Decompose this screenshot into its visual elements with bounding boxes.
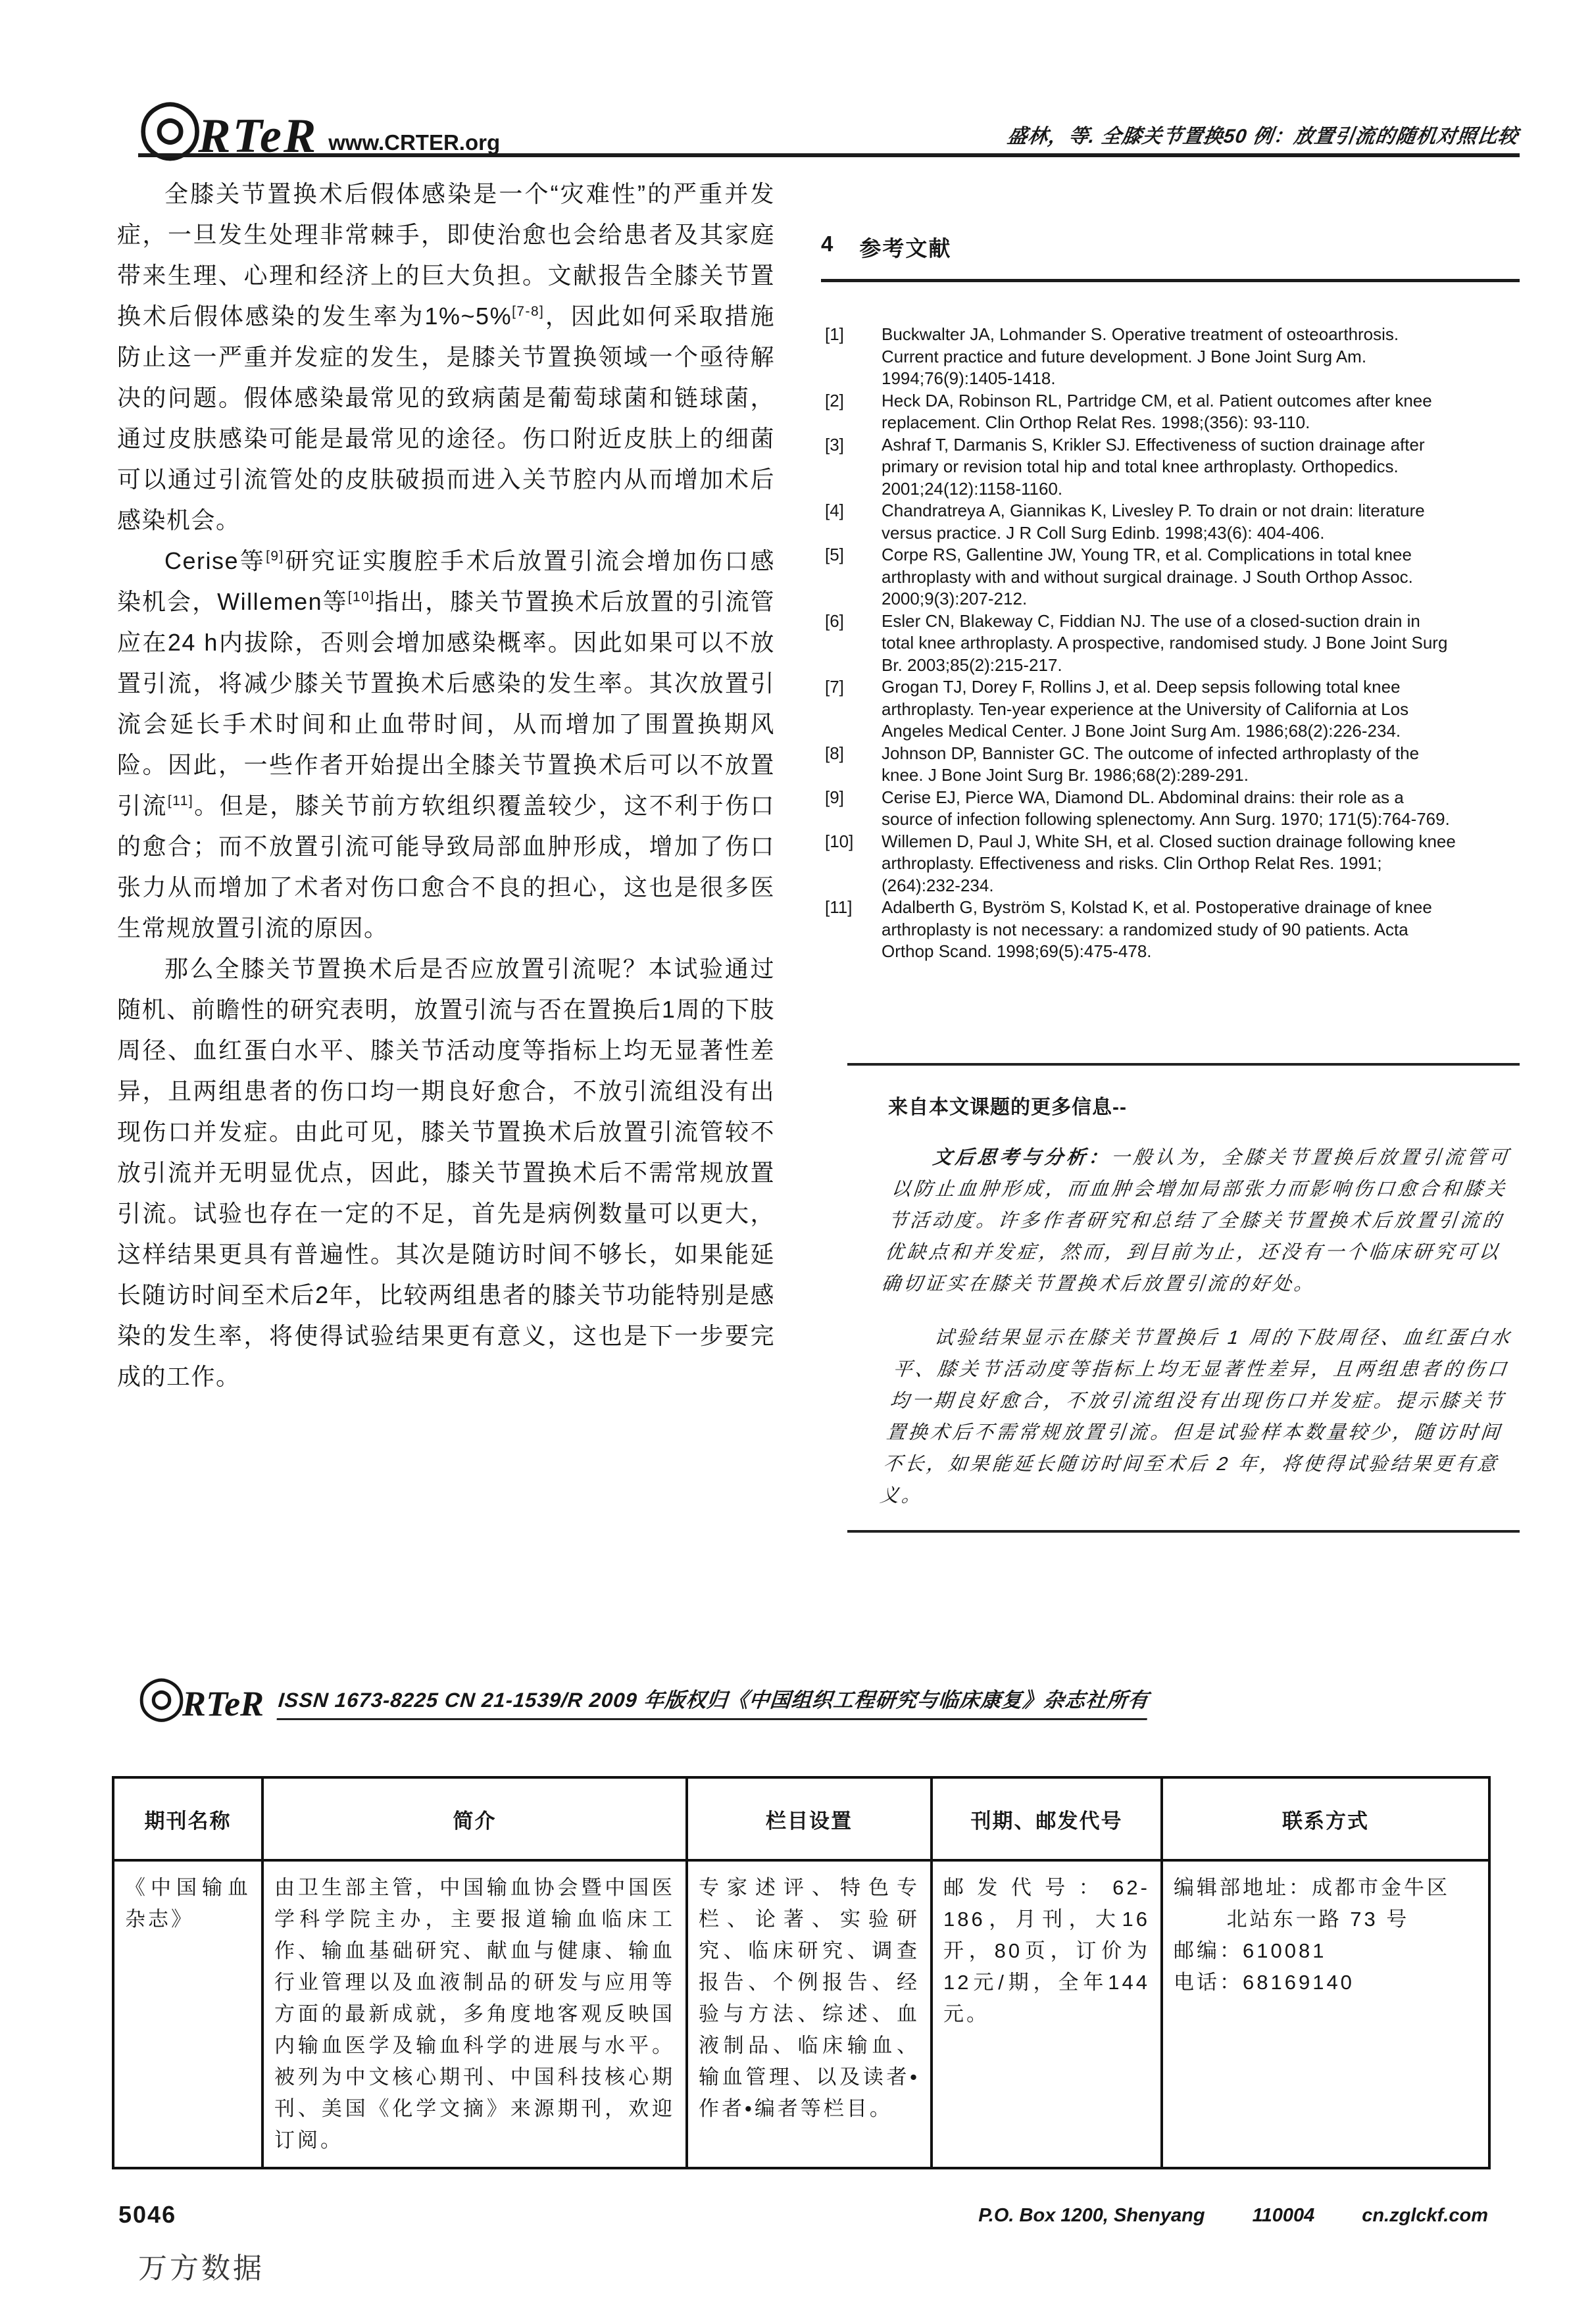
reference-text: Chandratreya A, Giannikas K, Livesley P.… <box>882 500 1520 544</box>
col-header-columns: 栏目设置 <box>687 1777 932 1860</box>
reference-list: [1]Buckwalter JA, Lohmander S. Operative… <box>825 324 1520 963</box>
reference-text: Adalberth G, Byström S, Kolstad K, et al… <box>882 897 1520 963</box>
reference-text: Johnson DP, Bannister GC. The outcome of… <box>882 743 1520 787</box>
reference-item: [4]Chandratreya A, Giannikas K, Livesley… <box>825 500 1520 544</box>
citation-superscript: [10] <box>348 589 375 605</box>
reference-text: Ashraf T, Darmanis S, Krikler SJ. Effect… <box>882 434 1520 501</box>
text-run: 一般认为，全膝关节置换后放置引流管可以防止血肿形成，而血肿会增加局部张力而影响伤… <box>880 1147 1512 1295</box>
reference-number: [9] <box>825 787 882 831</box>
reference-number: [10] <box>825 831 882 897</box>
text-run: ，因此如何采取措施防止这一严重并发症的发生，是膝关节置换领域一个亟待解决的问题。… <box>117 303 775 533</box>
reference-item: [7]Grogan TJ, Dorey F, Rollins J, et al.… <box>825 676 1520 743</box>
footer-banner: ◎ RTeR ISSN 1673-8225 CN 21-1539/R 2009 … <box>137 1671 1149 1721</box>
col-header-schedule: 刊期、邮发代号 <box>932 1777 1162 1860</box>
crter-footer-logo-text: RTeR <box>182 1686 264 1721</box>
text-run: 指出，膝关节置换术后放置的引流管应在24 h内拔除，否则会增加感染概率。因此如果… <box>117 588 775 819</box>
reference-number: [1] <box>825 324 882 390</box>
references-divider <box>821 279 1520 282</box>
contact-line: 北站东一路 73 号 <box>1174 1904 1478 1935</box>
col-header-contact: 联系方式 <box>1162 1777 1489 1860</box>
postal-code: 110004 <box>1253 2205 1315 2227</box>
text-run: Cerise等 <box>164 547 266 574</box>
left-column: 全膝关节置换术后假体感染是一个“灾难性”的严重并发症，一旦发生处理非常棘手，即使… <box>117 174 775 1397</box>
reference-item: [11]Adalberth G, Byström S, Kolstad K, e… <box>825 897 1520 963</box>
reference-item: [2]Heck DA, Robinson RL, Partridge CM, e… <box>825 390 1520 434</box>
info-box-paragraph: 试验结果显示在膝关节置换后 1 周的下肢周径、血红蛋白水平、膝关节活动度等指标上… <box>878 1322 1514 1512</box>
article-paragraph: 那么全膝关节置换术后是否应放置引流呢？本试验通过随机、前瞻性的研究表明，放置引流… <box>117 949 775 1397</box>
site-url-link[interactable]: www.CRTER.org <box>328 130 500 155</box>
publisher-footer: P.O. Box 1200, Shenyang 110004 cn.zglckf… <box>978 2205 1488 2227</box>
crter-footer-logo-icon: ◎ <box>137 1671 186 1721</box>
journal-schedule-cell: 邮发代号：62-186，月刊，大16开，80页，订价为12元/期，全年144元。 <box>932 1860 1162 2168</box>
wanfang-watermark: 万方数据 <box>138 2244 264 2287</box>
table-row: 《中国输血杂志》 由卫生部主管，中国输血协会暨中国医学科学院主办，主要报道输血临… <box>113 1860 1489 2168</box>
journal-columns-cell: 专家述评、特色专栏、论著、实验研究、临床研究、调查报告、个例报告、经验与方法、综… <box>687 1860 932 2168</box>
info-box: 来自本文课题的更多信息-- 文后思考与分析：一般认为，全膝关节置换后放置引流管可… <box>847 1063 1520 1533</box>
info-box-paragraph: 文后思考与分析：一般认为，全膝关节置换后放置引流管可以防止血肿形成，而血肿会增加… <box>880 1142 1512 1300</box>
section-number: 4 <box>821 232 834 262</box>
info-box-title: 来自本文课题的更多信息-- <box>888 1091 1504 1120</box>
reference-number: [3] <box>825 434 882 501</box>
journal-name-cell: 《中国输血杂志》 <box>113 1860 262 2168</box>
page: ◎ RTeR www.CRTER.org 盛林，等. 全膝关节置换50 例：放置… <box>0 0 1592 2324</box>
col-header-journal-name: 期刊名称 <box>113 1777 262 1860</box>
table-header-row: 期刊名称 简介 栏目设置 刊期、邮发代号 联系方式 <box>113 1777 1489 1860</box>
reference-number: [11] <box>825 897 882 963</box>
copyright-line: ISSN 1673-8225 CN 21-1539/R 2009 年版权归《中国… <box>277 1683 1151 1720</box>
journal-info-table: 期刊名称 简介 栏目设置 刊期、邮发代号 联系方式 《中国输血杂志》 由卫生部主… <box>112 1776 1491 2169</box>
reference-item: [1]Buckwalter JA, Lohmander S. Operative… <box>825 324 1520 390</box>
section-title: 参考文献 <box>859 232 951 262</box>
reference-item: [8]Johnson DP, Bannister GC. The outcome… <box>825 743 1520 787</box>
reference-number: [6] <box>825 610 882 677</box>
reference-number: [5] <box>825 544 882 610</box>
info-box-body: 文后思考与分析：一般认为，全膝关节置换后放置引流管可以防止血肿形成，而血肿会增加… <box>888 1142 1504 1512</box>
contact-cell: 编辑部地址：成都市金牛区北站东一路 73 号邮编：610081电话：681691… <box>1162 1860 1489 2168</box>
header-divider <box>138 153 1520 157</box>
text-run: 那么全膝关节置换术后是否应放置引流呢？本试验通过随机、前瞻性的研究表明，放置引流… <box>117 955 775 1390</box>
reference-number: [2] <box>825 390 882 434</box>
reference-text: Willemen D, Paul J, White SH, et al. Clo… <box>882 831 1520 897</box>
website-link[interactable]: cn.zglckf.com <box>1362 2205 1488 2227</box>
reference-text: Esler CN, Blakeway C, Fiddian NJ. The us… <box>882 610 1520 677</box>
reference-item: [6]Esler CN, Blakeway C, Fiddian NJ. The… <box>825 610 1520 677</box>
reference-item: [3]Ashraf T, Darmanis S, Krikler SJ. Eff… <box>825 434 1520 501</box>
citation-superscript: [9] <box>266 549 284 564</box>
reference-number: [7] <box>825 676 882 743</box>
text-run: 文后思考与分析： <box>932 1147 1112 1168</box>
reference-text: Corpe RS, Gallentine JW, Young TR, et al… <box>882 544 1520 610</box>
reference-item: [5]Corpe RS, Gallentine JW, Young TR, et… <box>825 544 1520 610</box>
reference-text: Heck DA, Robinson RL, Partridge CM, et a… <box>882 390 1520 434</box>
article-paragraph: Cerise等[9]研究证实腹腔手术后放置引流会增加伤口感染机会，Willeme… <box>117 541 775 949</box>
reference-number: [4] <box>825 500 882 544</box>
journal-logo: ◎ RTeR www.CRTER.org <box>137 92 500 161</box>
reference-text: Buckwalter JA, Lohmander S. Operative tr… <box>882 324 1520 390</box>
reference-text: Grogan TJ, Dorey F, Rollins J, et al. De… <box>882 676 1520 743</box>
running-title: 盛林，等. 全膝关节置换50 例：放置引流的随机对照比较 <box>1006 120 1521 149</box>
text-run: 。但是，膝关节前方软组织覆盖较少，这不利于伤口的愈合；而不放置引流可能导致局部血… <box>117 792 775 941</box>
article-paragraph: 全膝关节置换术后假体感染是一个“灾难性”的严重并发症，一旦发生处理非常棘手，即使… <box>117 174 775 541</box>
reference-item: [10]Willemen D, Paul J, White SH, et al.… <box>825 831 1520 897</box>
col-header-intro: 简介 <box>262 1777 687 1860</box>
reference-number: [8] <box>825 743 882 787</box>
text-run: 试验结果显示在膝关节置换后 1 周的下肢周径、血红蛋白水平、膝关节活动度等指标上… <box>879 1327 1514 1506</box>
citation-superscript: [7-8] <box>512 304 544 319</box>
contact-line: 邮编：610081 <box>1174 1935 1478 1967</box>
citation-superscript: [11] <box>168 793 193 808</box>
crter-logo-icon: ◎ <box>137 92 203 161</box>
po-box: P.O. Box 1200, Shenyang <box>978 2205 1205 2227</box>
journal-intro-cell: 由卫生部主管，中国输血协会暨中国医学科学院主办，主要报道输血临床工作、输血基础研… <box>262 1860 687 2168</box>
reference-item: [9]Cerise EJ, Pierce WA, Diamond DL. Abd… <box>825 787 1520 831</box>
contact-line: 电话：68169140 <box>1174 1967 1478 1998</box>
page-number: 5046 <box>118 2201 176 2229</box>
reference-text: Cerise EJ, Pierce WA, Diamond DL. Abdomi… <box>882 787 1520 831</box>
references-heading: 4 参考文献 <box>821 232 951 262</box>
contact-line: 编辑部地址：成都市金牛区 <box>1174 1872 1478 1904</box>
